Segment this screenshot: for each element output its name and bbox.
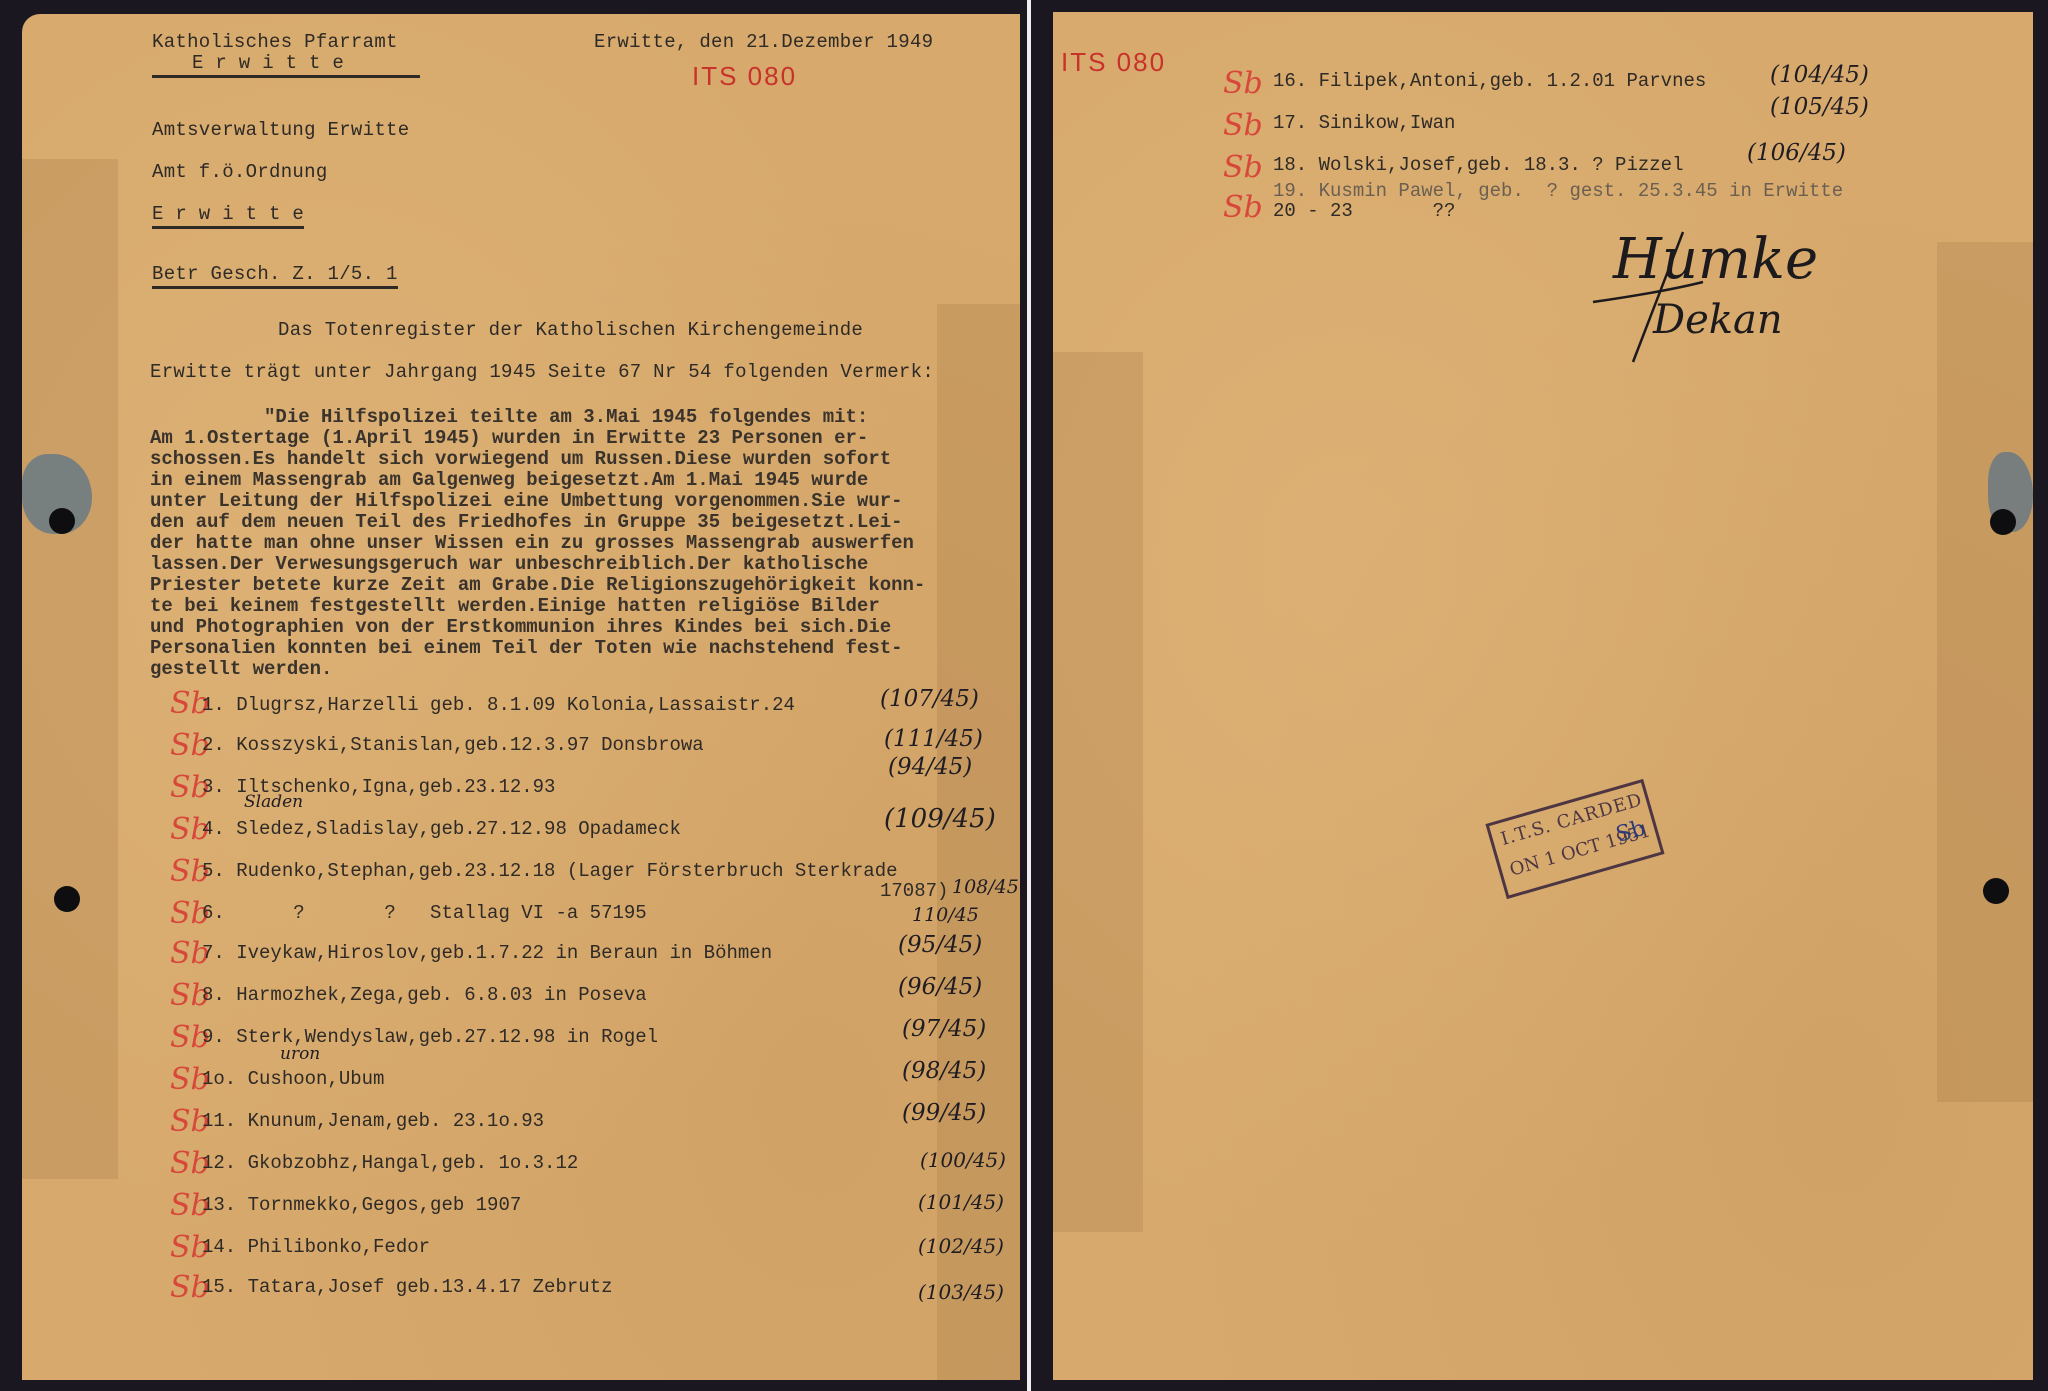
handwritten-ref: (105/45): [1770, 94, 1869, 120]
list-item: 20 - 23 ??: [1273, 200, 1455, 222]
list-item: 9. Sterk,Wendyslaw,geb.27.12.98 in Rogel: [202, 1026, 658, 1048]
list-item: 17. Sinikow,Iwan: [1273, 112, 1455, 134]
letter-page-1: Katholisches Pfarramt E r w i t t e Erwi…: [22, 14, 1020, 1380]
handwritten-ref: (99/45): [902, 1100, 986, 1126]
recipient-line-1: Amtsverwaltung Erwitte: [152, 120, 409, 141]
list-item: 2. Kosszyski,Stanislan,geb.12.3.97 Donsb…: [202, 734, 704, 756]
list-item: 19. Kusmin Pawel, geb. ? gest. 25.3.45 i…: [1273, 180, 1843, 202]
scan-divider: [1027, 0, 1031, 1391]
handwritten-ref: (107/45): [880, 686, 979, 712]
handwritten-ref: (102/45): [918, 1234, 1004, 1258]
punch-hole: [1990, 509, 2016, 535]
handwritten-ref: (111/45): [884, 726, 983, 752]
letter-page-2: ITS 080 Sb 16. Filipek,Antoni,geb. 1.2.0…: [1053, 12, 2033, 1380]
list-item: 7. Iveykaw,Hiroslov,geb.1.7.22 in Beraun…: [202, 942, 772, 964]
intro-line-1: Das Totenregister der Katholischen Kirch…: [278, 320, 863, 341]
paper-discoloration: [937, 304, 1020, 1380]
punch-hole: [49, 508, 75, 534]
list-item: 18. Wolski,Josef,geb. 18.3. ? Pizzel: [1273, 154, 1683, 176]
list-item: 1o. Cushoon,Ubum: [202, 1068, 384, 1090]
list-item: 13. Tornmekko,Gegos,geb 1907: [202, 1194, 521, 1216]
list-item: 11. Knunum,Jenam,geb. 23.1o.93: [202, 1110, 544, 1132]
handwritten-ref: (104/45): [1770, 62, 1869, 88]
paper-discoloration: [22, 159, 118, 1179]
list-item: 6. ? ? Stallag VI -a 57195: [202, 902, 647, 924]
subject-line: Betr Gesch. Z. 1/5. 1: [152, 264, 398, 289]
punch-hole: [54, 886, 80, 912]
paper-discoloration: [1937, 242, 2033, 1102]
paper-discoloration: [1053, 352, 1143, 1232]
sender-place: E r w i t t e: [152, 53, 420, 78]
red-check-mark-icon: Sb: [1223, 150, 1263, 185]
red-check-mark-icon: Sb: [1223, 190, 1263, 225]
handwritten-ref: (103/45): [918, 1280, 1004, 1304]
handwritten-ref: 110/45: [912, 904, 979, 926]
red-check-mark-icon: Sb: [1223, 66, 1263, 101]
punch-hole: [1983, 878, 2009, 904]
handwritten-correction: uron: [280, 1044, 320, 1064]
handwritten-ref: (94/45): [888, 754, 972, 780]
its-archive-stamp: ITS 080: [1061, 52, 1166, 73]
list-item: 16. Filipek,Antoni,geb. 1.2.01 Parvnes: [1273, 70, 1706, 92]
handwritten-ref: (98/45): [902, 1058, 986, 1084]
its-archive-stamp: ITS 080: [692, 66, 797, 87]
list-item: 12. Gkobzobhz,Hangal,geb. 1o.3.12: [202, 1152, 578, 1174]
intro-line-2: Erwitte trägt unter Jahrgang 1945 Seite …: [150, 362, 934, 383]
handwritten-correction: Sladen: [244, 792, 303, 812]
letter-date: Erwitte, den 21.Dezember 1949: [594, 32, 933, 53]
handwritten-ref: (109/45): [884, 804, 996, 834]
recipient-line-2: Amt f.ö.Ordnung: [152, 162, 328, 183]
list-item: 14. Philibonko,Fedor: [202, 1236, 430, 1258]
list-item: 5. Rudenko,Stephan,geb.23.12.18 (Lager F…: [202, 860, 898, 882]
list-item: 4. Sledez,Sladislay,geb.27.12.98 Opadame…: [202, 818, 681, 840]
list-item-continuation: 17087): [880, 880, 948, 902]
handwritten-ref: (96/45): [898, 974, 982, 1000]
handwritten-ref: (95/45): [898, 932, 982, 958]
handwritten-ref: (101/45): [918, 1190, 1004, 1214]
handwritten-ref: 108/45: [952, 876, 1019, 898]
handwritten-ref: (97/45): [902, 1016, 986, 1042]
list-item: 15. Tatara,Josef geb.13.4.17 Zebrutz: [202, 1276, 612, 1298]
list-item: 8. Harmozhek,Zega,geb. 6.8.03 in Poseva: [202, 984, 647, 1006]
list-item: 1. Dlugrsz,Harzelli geb. 8.1.09 Kolonia,…: [202, 694, 795, 716]
register-quote-paragraph: "Die Hilfspolizei teilte am 3.Mai 1945 f…: [150, 407, 925, 680]
signature-stroke-icon: [1553, 222, 1753, 372]
sender-name: Katholisches Pfarramt: [152, 32, 398, 53]
handwritten-ref: (106/45): [1747, 140, 1846, 166]
handwritten-ref: (100/45): [920, 1148, 1006, 1172]
recipient-line-3: E r w i t t e: [152, 204, 304, 229]
red-check-mark-icon: Sb: [1223, 108, 1263, 143]
